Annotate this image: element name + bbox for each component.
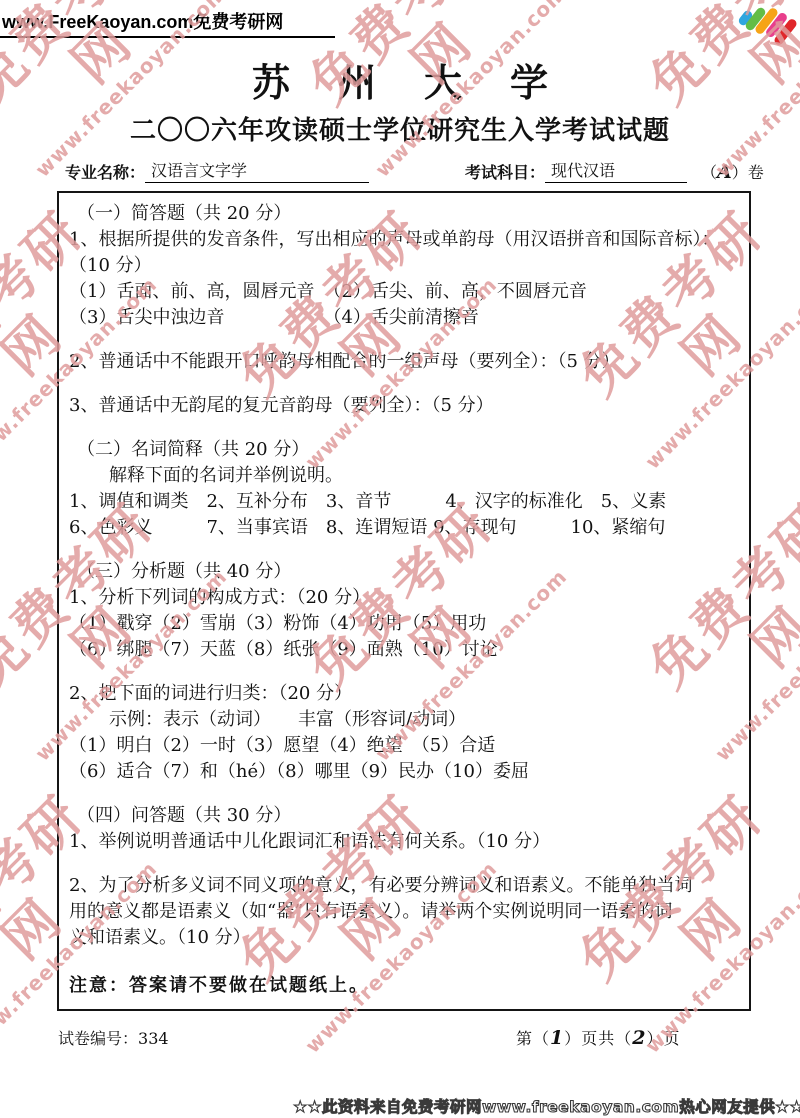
major-label: 专业名称： [65, 160, 145, 183]
exam-text-line: 注意：答案请不要做在试题纸上。 [69, 973, 739, 999]
exam-text-line: 1、分析下列词的构成方式：（20 分） [69, 585, 739, 611]
exam-body-lines: （一）简答题（共 20 分）1、根据所提供的发音条件，写出相应的声母或单韵母（用… [69, 201, 739, 999]
exam-text-line: 1、调值和调类 2、互补分布 3、音节 4、汉字的标准化 5、义素 [69, 489, 739, 515]
total-page-number: 2 [632, 1027, 646, 1049]
subject-label: 考试科目： [465, 160, 545, 183]
university-title: 苏州大学 [0, 52, 800, 107]
exam-text-line: 义和语素义。（10 分） [69, 925, 739, 951]
exam-text-line: 用的意义都是语素义（如“器”只有语素义）。请举两个实例说明同一语素的词 [69, 899, 739, 925]
exam-text-line: 1、根据所提供的发音条件，写出相应的声母或单韵母（用汉语拼音和国际音标）： [69, 227, 739, 253]
credit-line: ★★此资料来自免费考研网www.freekaoyan.com热心网友提供★★ [293, 1095, 800, 1117]
exam-paper-page: www.FreeKaoyan.com免费考研网 苏州大学 二〇〇六年攻读硕士学位… [0, 0, 800, 1118]
freekaoyan-logo-icon [738, 3, 794, 59]
exam-text-line: （6）适合（7）和（hé）（8）哪里（9）民办（10）委屈 [69, 759, 739, 785]
exam-text-line: 2、普通话中不能跟开口呼韵母相配合的一组声母（要列全）：（5 分） [69, 349, 739, 375]
exam-text-line: （三）分析题（共 40 分） [69, 559, 739, 585]
exam-text-line: （1）戳穿（2）雪崩（3）粉饰（4）功用（5）用功 [69, 611, 739, 637]
paper-number-label: 试卷编号： [58, 1029, 138, 1048]
exam-meta-row: 专业名称： 汉语言文字学 考试科目： 现代汉语 （A）卷 [65, 158, 780, 183]
exam-text-line: （一）简答题（共 20 分） [69, 201, 739, 227]
major-value: 汉语言文字学 [145, 158, 369, 183]
paper-type: （A）卷 [701, 160, 764, 183]
exam-text-line: 2、把下面的词进行归类：（20 分） [69, 681, 739, 707]
exam-text-line: （1）舌面、前、高，圆唇元音 （2）舌尖、前、高，不圆唇元音 [69, 279, 739, 305]
paper-type-letter: A [717, 161, 732, 183]
paper-number: 试卷编号：334 [58, 1026, 169, 1049]
exam-text-line: 示例：表示（动词） 丰富（形容词/动词） [69, 707, 739, 733]
site-link[interactable]: www.FreeKaoyan.com免费考研网 [0, 8, 335, 38]
page-indicator-mid: ）页共（ [564, 1029, 632, 1048]
exam-title: 二〇〇六年攻读硕士学位研究生入学考试试题 [0, 110, 800, 147]
paper-type-paren-close: ）卷 [732, 163, 764, 182]
exam-text-line: 2、为了分析多义词不同义项的意义，有必要分辨词义和语素义。不能单独当词 [69, 873, 739, 899]
paper-type-paren-open: （ [701, 163, 717, 182]
exam-text-line: （6）绑腿（7）天蓝（8）纸张（9）面熟（10）讨论 [69, 637, 739, 663]
exam-text-line: 6、色彩义 7、当事宾语 8、连谓短语 9、存现句 10、紧缩句 [69, 515, 739, 541]
top-site-bar: www.FreeKaoyan.com免费考研网 [0, 8, 335, 38]
exam-text-line: （1）明白（2）一时（3）愿望（4）绝望 （5）合适 [69, 733, 739, 759]
exam-text-line: （3）舌尖中浊边音 （4）舌尖前清擦音 [69, 305, 739, 331]
exam-text-line: （二）名词简释（共 20 分） [69, 437, 739, 463]
exam-text-line: （四）问答题（共 30 分） [69, 803, 739, 829]
paper-number-value: 334 [138, 1029, 169, 1048]
subject-value: 现代汉语 [545, 158, 687, 183]
exam-content-box: （一）简答题（共 20 分）1、根据所提供的发音条件，写出相应的声母或单韵母（用… [57, 191, 751, 1011]
page-indicator-pre: 第（ [516, 1029, 550, 1048]
exam-text-line: （10 分） [69, 253, 739, 279]
page-indicator-post: ）页 [647, 1029, 681, 1048]
exam-text-line: 解释下面的名词并举例说明。 [69, 463, 739, 489]
exam-text-line: 1、举例说明普通话中儿化跟词汇和语法有何关系。（10 分） [69, 829, 739, 855]
current-page-number: 1 [550, 1027, 564, 1049]
page-indicator: 第（1）页共（2）页 [516, 1026, 681, 1049]
exam-text-line: 3、普通话中无韵尾的复元音韵母（要列全）：（5 分） [69, 393, 739, 419]
